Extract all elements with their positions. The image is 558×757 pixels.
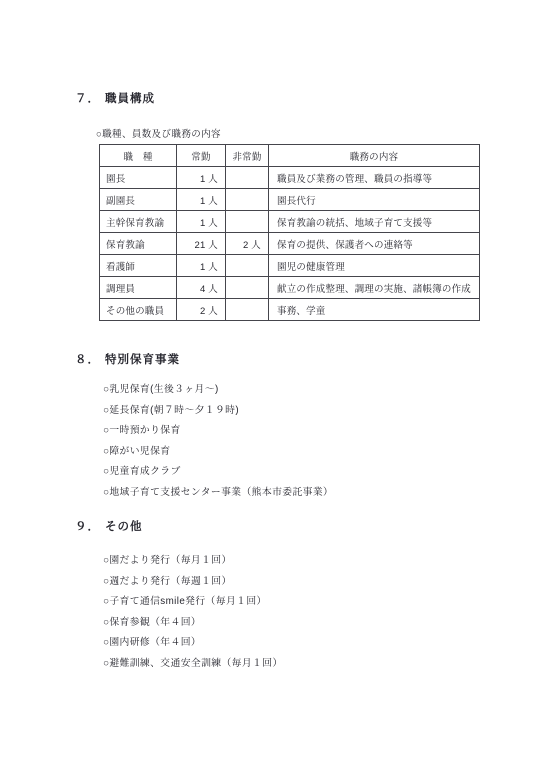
cell-duties: 事務、学童: [269, 299, 480, 321]
section-8-title: 特別保育事業: [105, 351, 180, 367]
cell-parttime: [226, 167, 269, 189]
other-activities-list: ○園だより発行（毎月１回） ○週だより発行（毎週１回） ○子育て通信smile発…: [103, 551, 283, 675]
cell-fulltime: 1 人: [177, 167, 226, 189]
cell-duties: 園児の健康管理: [269, 255, 480, 277]
cell-parttime: [226, 189, 269, 211]
cell-duties: 保育の提供、保護者への連絡等: [269, 233, 480, 255]
list-item: ○避難訓練、交通安全訓練（毎月１回）: [103, 654, 283, 675]
cell-duties: 職員及び業務の管理、職員の指導等: [269, 167, 480, 189]
list-item: ○保育参観（年４回）: [103, 613, 283, 634]
cell-fulltime: 21 人: [177, 233, 226, 255]
table-row: 副園長 1 人 園長代行: [100, 189, 480, 211]
cell-parttime: [226, 277, 269, 299]
cell-fulltime: 2 人: [177, 299, 226, 321]
cell-role: 調理員: [100, 277, 177, 299]
list-item: ○一時預かり保育: [103, 421, 333, 442]
col-header-parttime: 非常勤: [226, 145, 269, 167]
table-row: 園長 1 人 職員及び業務の管理、職員の指導等: [100, 167, 480, 189]
cell-duties: 保育教諭の統括、地域子育て支援等: [269, 211, 480, 233]
cell-parttime: 2 人: [226, 233, 269, 255]
cell-role: 主幹保育教諭: [100, 211, 177, 233]
section-8-number: ８．: [75, 351, 105, 367]
cell-fulltime: 1 人: [177, 255, 226, 277]
special-childcare-list: ○乳児保育(生後３ヶ月～) ○延長保育(朝７時～夕１９時) ○一時預かり保育 ○…: [103, 380, 333, 504]
list-item: ○週だより発行（毎週１回）: [103, 572, 283, 593]
section-7-title: 職員構成: [105, 90, 155, 106]
cell-parttime: [226, 211, 269, 233]
table-row: その他の職員 2 人 事務、学童: [100, 299, 480, 321]
col-header-fulltime: 常勤: [177, 145, 226, 167]
cell-role: その他の職員: [100, 299, 177, 321]
document-page: ７． 職員構成 ○職種、員数及び職務の内容 職 種 常勤 非常勤 職務の内容 園…: [0, 0, 558, 757]
cell-fulltime: 1 人: [177, 189, 226, 211]
section-8-heading: ８． 特別保育事業: [75, 351, 180, 367]
table-row: 主幹保育教諭 1 人 保育教諭の統括、地域子育て支援等: [100, 211, 480, 233]
cell-role: 園長: [100, 167, 177, 189]
col-header-role: 職 種: [100, 145, 177, 167]
staff-table: 職 種 常勤 非常勤 職務の内容 園長 1 人 職員及び業務の管理、職員の指導等…: [99, 144, 480, 321]
table-row: 保育教諭 21 人 2 人 保育の提供、保護者への連絡等: [100, 233, 480, 255]
section-9-number: ９．: [75, 518, 105, 534]
table-row: 看護師 1 人 園児の健康管理: [100, 255, 480, 277]
table-row: 調理員 4 人 献立の作成整理、調理の実施、諸帳簿の作成: [100, 277, 480, 299]
staff-table-caption: ○職種、員数及び職務の内容: [96, 126, 221, 140]
list-item: ○乳児保育(生後３ヶ月～): [103, 380, 333, 401]
cell-duties: 献立の作成整理、調理の実施、諸帳簿の作成: [269, 277, 480, 299]
section-9-heading: ９． その他: [75, 518, 143, 534]
staff-table-header-row: 職 種 常勤 非常勤 職務の内容: [100, 145, 480, 167]
cell-fulltime: 1 人: [177, 211, 226, 233]
list-item: ○障がい児保育: [103, 442, 333, 463]
list-item: ○子育て通信smile発行（毎月１回）: [103, 592, 283, 613]
cell-role: 保育教諭: [100, 233, 177, 255]
cell-parttime: [226, 255, 269, 277]
section-7-number: ７．: [75, 90, 105, 106]
cell-duties: 園長代行: [269, 189, 480, 211]
section-7-heading: ７． 職員構成: [75, 90, 155, 106]
cell-role: 看護師: [100, 255, 177, 277]
list-item: ○地域子育て支援センター事業（熊本市委託事業）: [103, 483, 333, 504]
cell-fulltime: 4 人: [177, 277, 226, 299]
list-item: ○児童育成クラブ: [103, 462, 333, 483]
list-item: ○園だより発行（毎月１回）: [103, 551, 283, 572]
list-item: ○園内研修（年４回）: [103, 633, 283, 654]
col-header-duties: 職務の内容: [269, 145, 480, 167]
section-9-title: その他: [105, 518, 143, 534]
cell-role: 副園長: [100, 189, 177, 211]
list-item: ○延長保育(朝７時～夕１９時): [103, 401, 333, 422]
cell-parttime: [226, 299, 269, 321]
